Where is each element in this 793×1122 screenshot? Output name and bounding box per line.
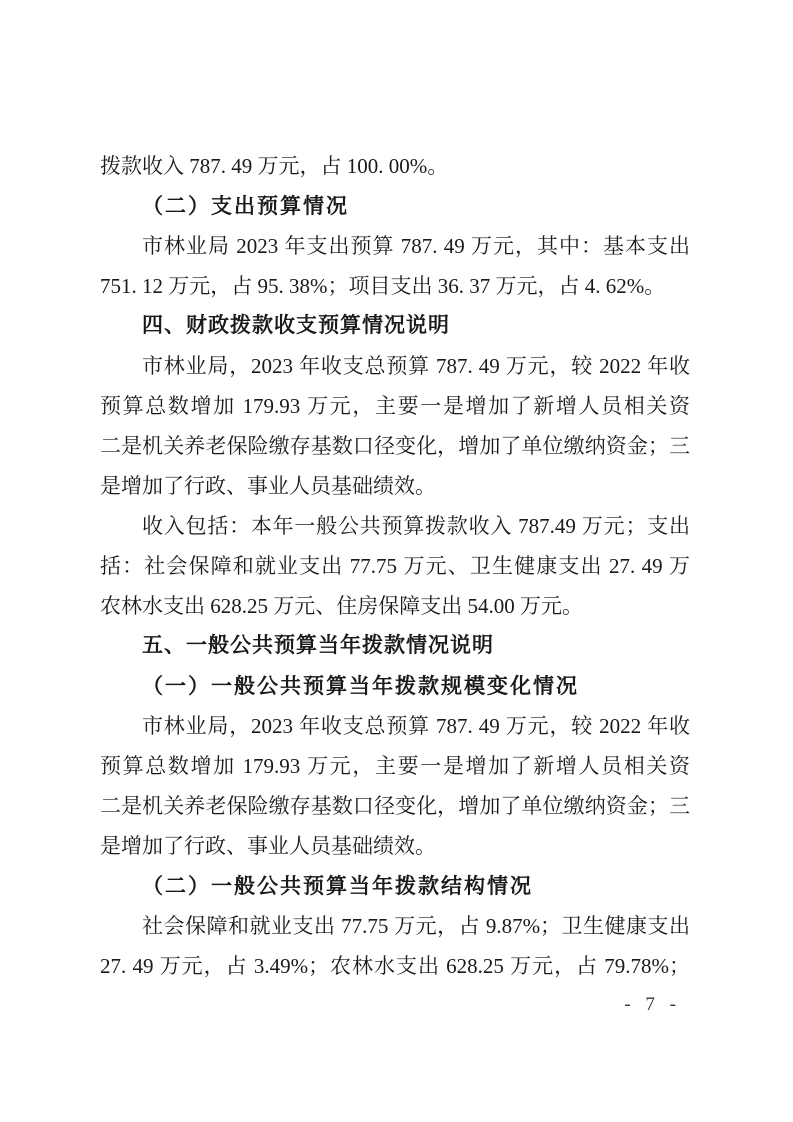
document-page: 拨款收入 787. 49 万元，占 100. 00%。（二）支出预算情况市林业局… <box>0 0 793 1122</box>
text-line: 拨款收入 787. 49 万元，占 100. 00%。 <box>100 146 690 186</box>
section-heading: （一）一般公共预算当年拨款规模变化情况 <box>100 666 690 706</box>
text-line: 社会保障和就业支出 77.75 万元，占 9.87%；卫生健康支出 <box>100 906 690 946</box>
section-heading: （二）一般公共预算当年拨款结构情况 <box>100 866 690 906</box>
text-line: 农林水支出 628.25 万元、住房保障支出 54.00 万元。 <box>100 586 690 626</box>
text-line: 市林业局 2023 年支出预算 787. 49 万元，其中：基本支出 <box>100 226 690 266</box>
text-line: 是增加了行政、事业人员基础绩效。 <box>100 466 690 506</box>
text-line: 751. 12 万元，占 95. 38%；项目支出 36. 37 万元，占 4.… <box>100 266 690 306</box>
document-body: 拨款收入 787. 49 万元，占 100. 00%。（二）支出预算情况市林业局… <box>100 146 690 986</box>
text-line: 收入包括：本年一般公共预算拨款收入 787.49 万元；支出包 <box>100 506 690 546</box>
section-heading: 四、财政拨款收支预算情况说明 <box>100 306 690 346</box>
text-line: 预算总数增加 179.93 万元，主要一是增加了新增人员相关资金； <box>100 386 690 426</box>
text-line: 括：社会保障和就业支出 77.75 万元、卫生健康支出 27. 49 万元、 <box>100 546 690 586</box>
text-line: 二是机关养老保险缴存基数口径变化，增加了单位缴纳资金；三 <box>100 786 690 826</box>
text-line: 市林业局，2023 年收支总预算 787. 49 万元，较 2022 年收支 <box>100 346 690 386</box>
text-line: 市林业局，2023 年收支总预算 787. 49 万元，较 2022 年收支 <box>100 706 690 746</box>
text-line: 27. 49 万元，占 3.49%；农林水支出 628.25 万元，占 79.7… <box>100 946 690 986</box>
text-line: 二是机关养老保险缴存基数口径变化，增加了单位缴纳资金；三 <box>100 426 690 466</box>
page-number: - 7 - <box>624 994 681 1016</box>
text-line: 预算总数增加 179.93 万元，主要一是增加了新增人员相关资金； <box>100 746 690 786</box>
text-line: 是增加了行政、事业人员基础绩效。 <box>100 826 690 866</box>
section-heading: 五、一般公共预算当年拨款情况说明 <box>100 626 690 666</box>
section-heading: （二）支出预算情况 <box>100 186 690 226</box>
